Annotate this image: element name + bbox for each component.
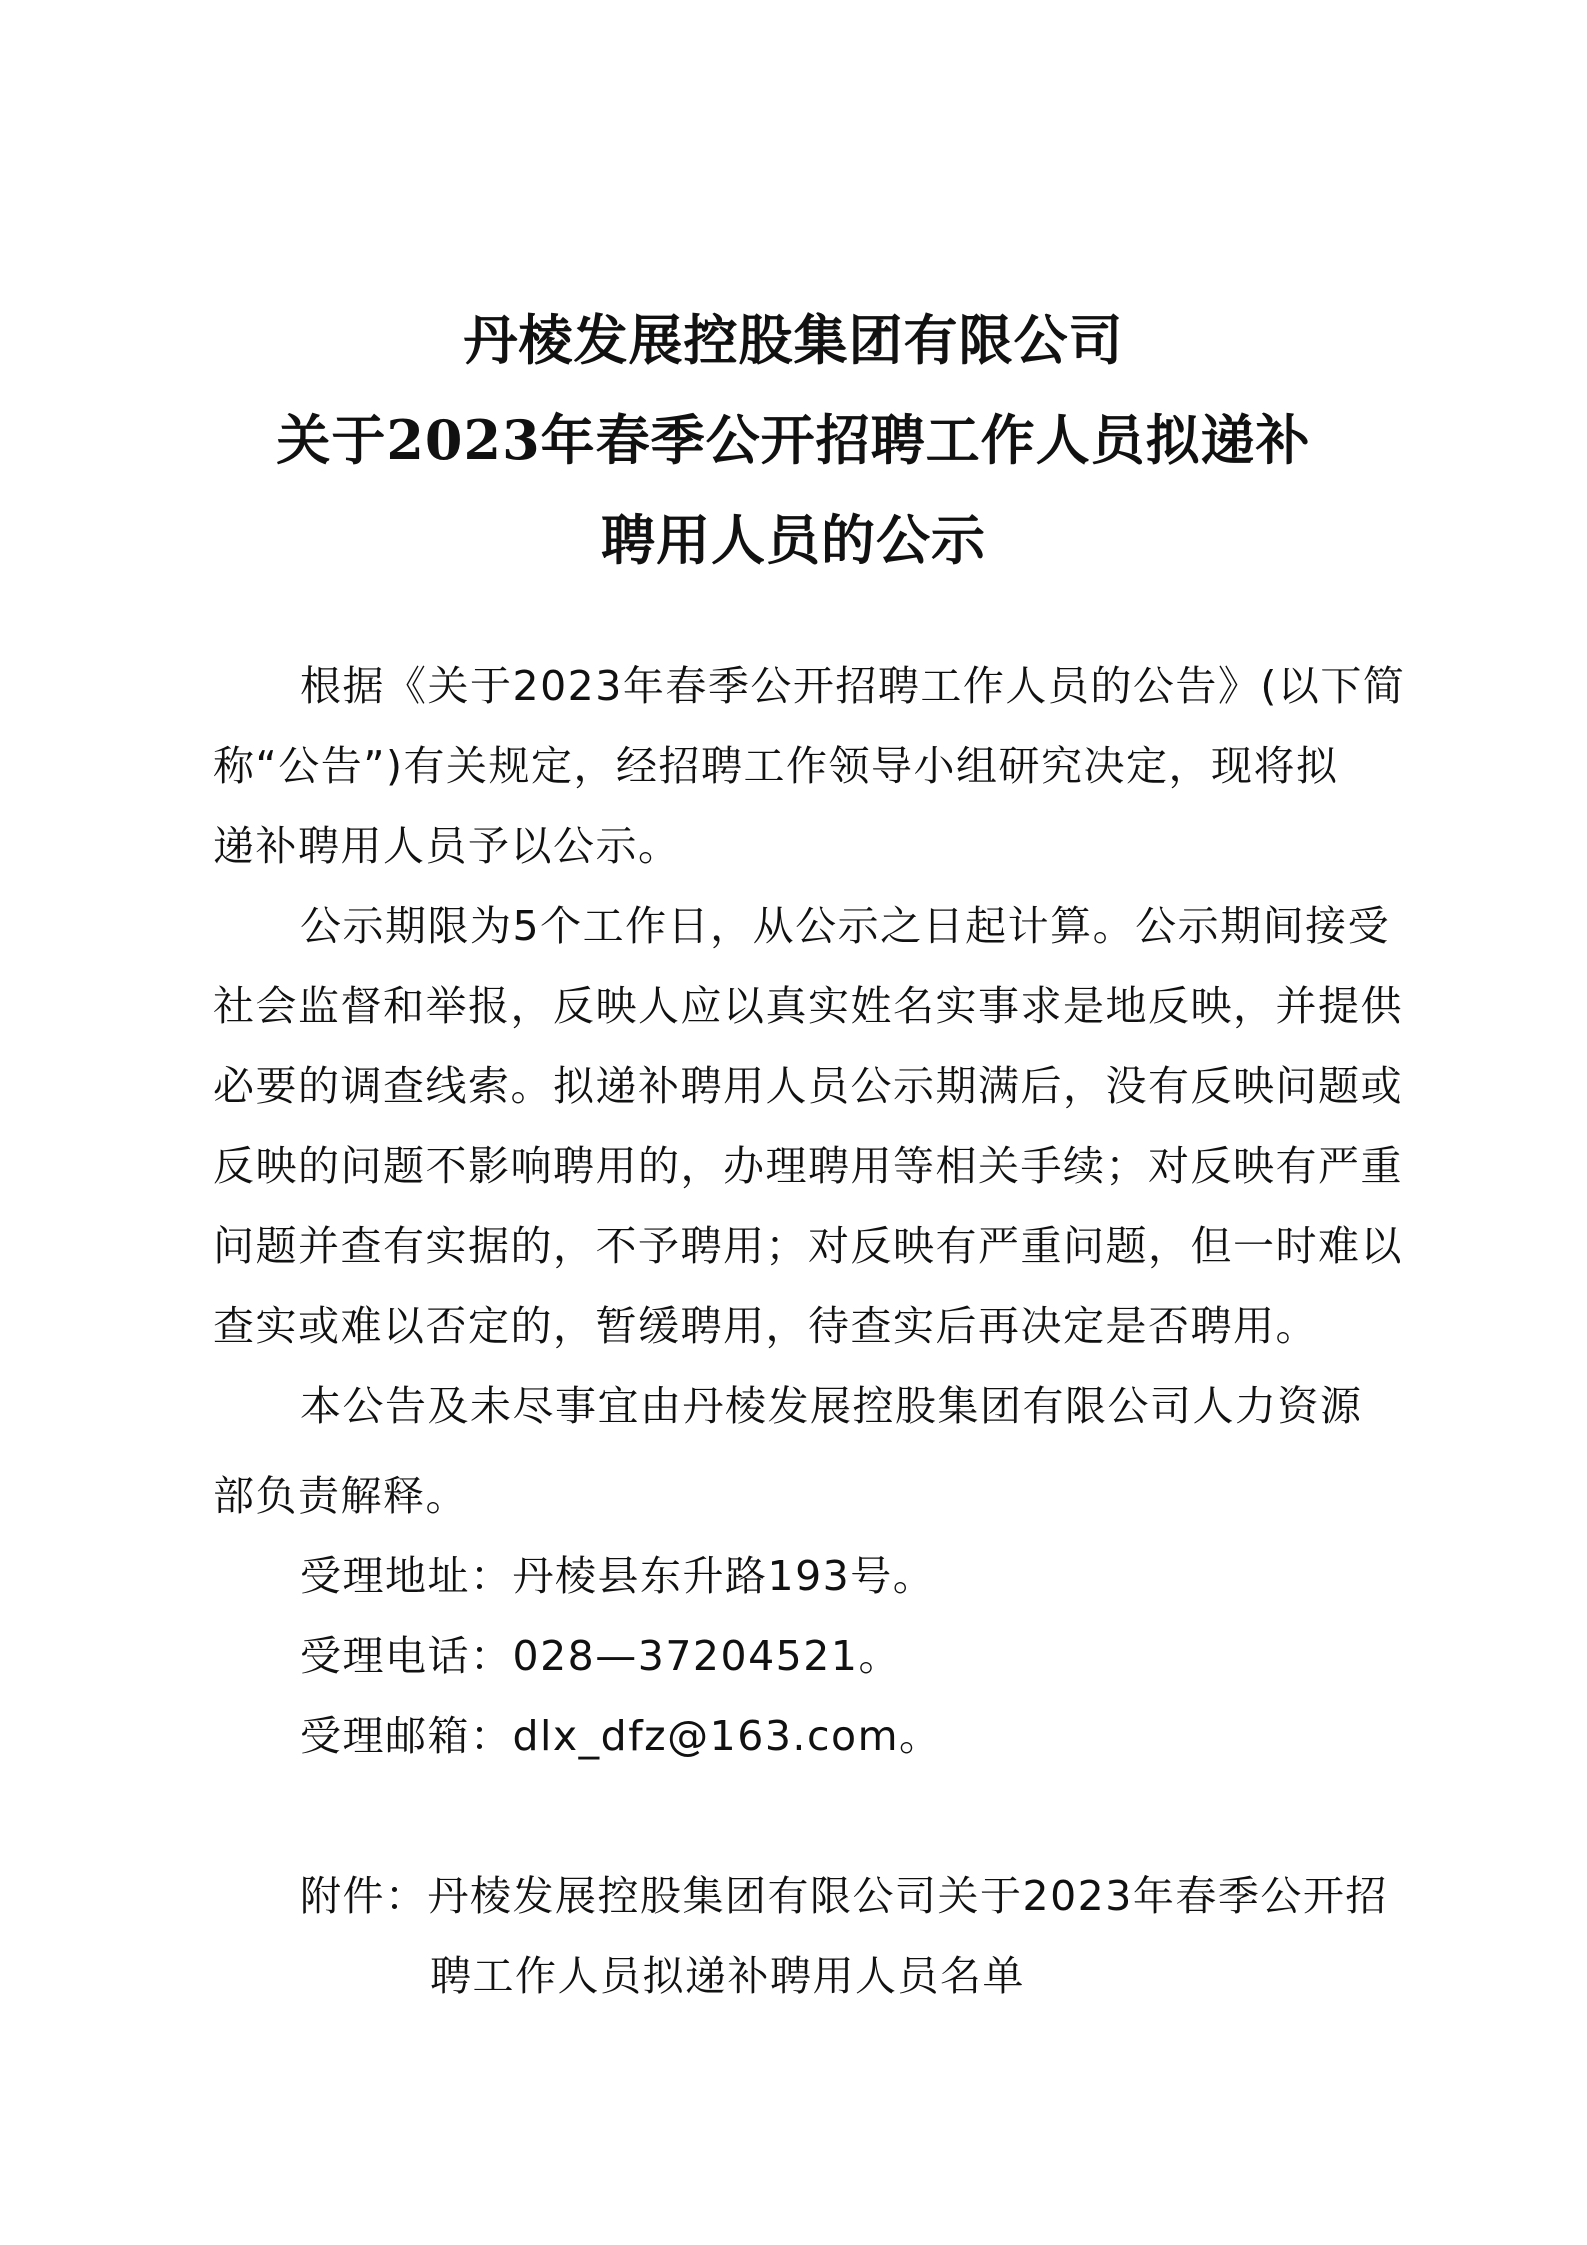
contact-address-value: 丹棱县东升路193号。 xyxy=(513,1552,936,1600)
title-subject: 关于2023年春季公开招聘工作人员拟递补 xyxy=(0,390,1587,490)
contact-email-value: dlx_dfz@163.com。 xyxy=(513,1712,942,1760)
attachment-label: 附件： xyxy=(300,1872,428,1920)
attachment-title-line2: 聘工作人员拟递补聘用人员名单 xyxy=(430,1946,1587,2006)
title-subject-cont: 聘用人员的公示 xyxy=(0,490,1587,590)
paragraph-period-line: 必要的调查线索。拟递补聘用人员公示期满后，没有反映问题或 xyxy=(213,1056,1393,1116)
attachment-title-line1: 丹棱发展控股集团有限公司关于2023年春季公开招 xyxy=(428,1872,1388,1920)
paragraph-period-line: 查实或难以否定的，暂缓聘用，待查实后再决定是否聘用。 xyxy=(213,1296,1393,1356)
contact-email-label: 受理邮箱： xyxy=(300,1712,513,1760)
paragraph-basis-line: 称“公告”)有关规定，经招聘工作领导小组研究决定，现将拟 xyxy=(213,736,1393,796)
paragraph-interpretation-line: 本公告及未尽事宜由丹棱发展控股集团有限公司人力资源 xyxy=(300,1376,1480,1436)
title-company: 丹棱发展控股集团有限公司 xyxy=(0,290,1587,390)
document-page: 丹棱发展控股集团有限公司 关于2023年春季公开招聘工作人员拟递补 聘用人员的公… xyxy=(0,0,1587,2245)
contact-phone-value: 028—37204521。 xyxy=(513,1632,901,1680)
paragraph-basis-line: 递补聘用人员予以公示。 xyxy=(213,816,1393,876)
paragraph-period-line: 反映的问题不影响聘用的，办理聘用等相关手续；对反映有严重 xyxy=(213,1136,1393,1196)
paragraph-interpretation-line: 部负责解释。 xyxy=(213,1466,1393,1526)
contact-phone-label: 受理电话： xyxy=(300,1632,513,1680)
contact-address-label: 受理地址： xyxy=(300,1552,513,1600)
contact-phone: 受理电话：028—37204521。 xyxy=(300,1626,1480,1686)
paragraph-period-line: 社会监督和举报，反映人应以真实姓名实事求是地反映，并提供 xyxy=(213,976,1393,1036)
paragraph-basis-line: 根据《关于2023年春季公开招聘工作人员的公告》(以下简 xyxy=(300,656,1480,716)
paragraph-period-line: 问题并查有实据的，不予聘用；对反映有严重问题，但一时难以 xyxy=(213,1216,1393,1276)
contact-address: 受理地址：丹棱县东升路193号。 xyxy=(300,1546,1480,1606)
contact-email: 受理邮箱：dlx_dfz@163.com。 xyxy=(300,1706,1480,1766)
paragraph-period-line: 公示期限为5个工作日，从公示之日起计算。公示期间接受 xyxy=(300,896,1480,956)
attachment: 附件：丹棱发展控股集团有限公司关于2023年春季公开招 xyxy=(300,1866,1480,1926)
